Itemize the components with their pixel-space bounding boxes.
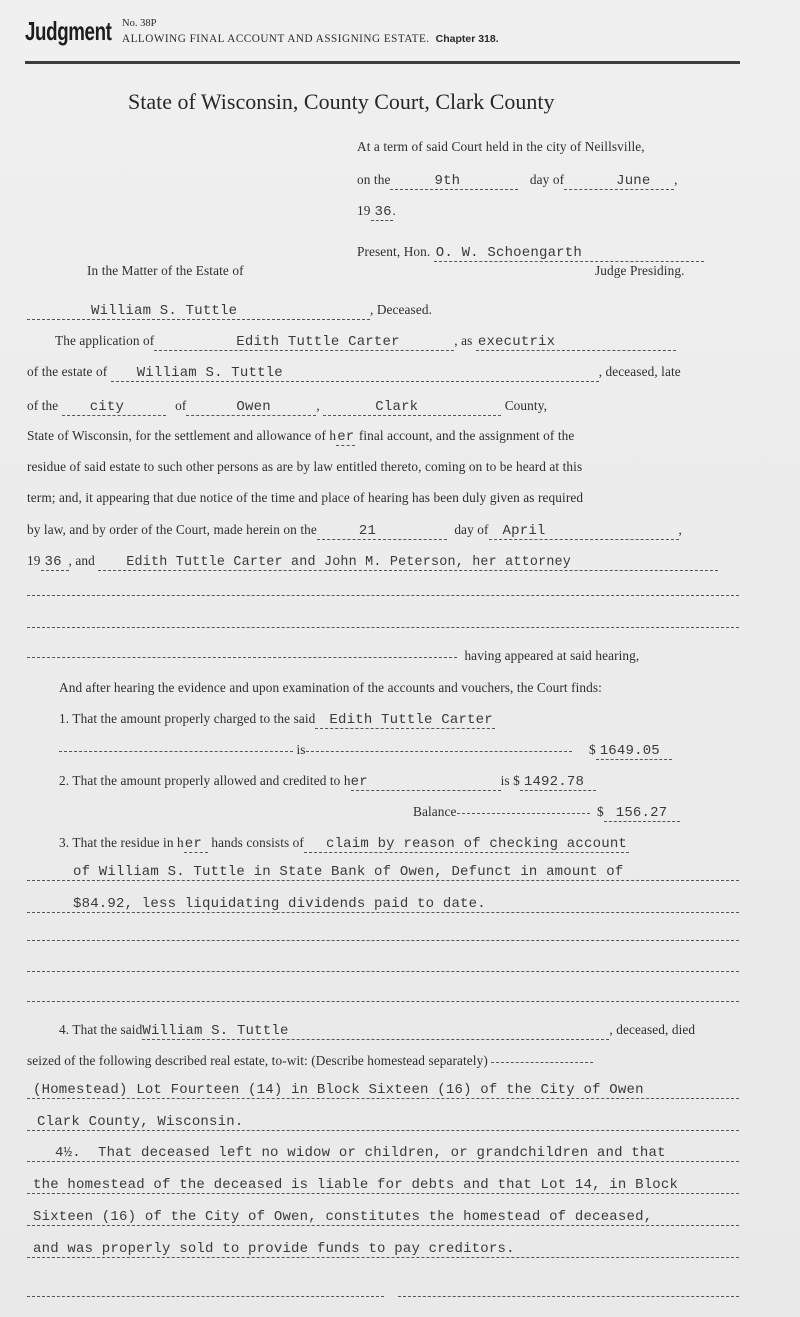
- role-field: executrix: [476, 335, 676, 351]
- text-segment: 1. That the amount properly charged to t…: [59, 711, 315, 726]
- session-line-1: At a term of said Court held in the city…: [357, 139, 645, 155]
- balance-label: Balance: [413, 804, 457, 819]
- blank-line: [27, 656, 457, 658]
- text-segment: by law, and by order of the Court, made …: [27, 522, 317, 537]
- day-of-label: day of: [530, 172, 564, 187]
- deceased-name-field: William S. Tuttle: [27, 304, 370, 320]
- finding-4-line-2: seized of the following described real e…: [27, 1053, 593, 1069]
- order-day-field: 21: [317, 524, 447, 540]
- and-label: , and: [69, 553, 95, 568]
- dollar-sign: $: [597, 804, 604, 819]
- credited-amount-field: 1492.78: [520, 775, 596, 791]
- as-label: , as: [454, 333, 472, 348]
- session-year-line: 1936.: [357, 203, 396, 221]
- order-year-field: 36: [41, 555, 69, 571]
- text-segment: , deceased, died: [609, 1022, 695, 1037]
- text-segment: final account, and the assignment of the: [359, 428, 575, 443]
- real-estate-field-line-1: (Homestead) Lot Fourteen (14) in Block S…: [27, 1083, 739, 1099]
- balance-line: Balance $156.27: [413, 804, 680, 822]
- judge-field: O. W. Schoengarth: [434, 246, 704, 262]
- form-number: No. 38P: [122, 18, 156, 29]
- blank-line: [27, 1001, 739, 1002]
- residue-field-line-2: of William S. Tuttle in State Bank of Ow…: [27, 865, 739, 881]
- finding-1-line: 1. That the amount properly charged to t…: [59, 711, 495, 729]
- location-line: of the city ofOwen, Clark County,: [27, 398, 547, 416]
- matter-label: In the Matter of the Estate of: [87, 263, 244, 279]
- finding-4-5-line-4: and was properly sold to provide funds t…: [27, 1239, 739, 1258]
- session-month-field: June: [564, 174, 674, 190]
- dollar-sign: $: [513, 773, 520, 788]
- court-title: State of Wisconsin, County Court, Clark …: [128, 89, 554, 115]
- session-date-line: on the9th day ofJune,: [357, 172, 678, 190]
- residue-field-line-1: claim by reason of checking account: [304, 837, 629, 853]
- municipality-field: Owen: [186, 400, 316, 416]
- real-estate-line-2: Clark County, Wisconsin.: [27, 1112, 739, 1131]
- text-segment: 4. That the said: [59, 1022, 142, 1037]
- pronoun-field: er: [336, 430, 355, 446]
- judge-presiding-label: Judge Presiding.: [595, 263, 685, 279]
- of-label: of: [175, 398, 186, 413]
- finding-4-line: 4. That the saidWilliam S. Tuttle, decea…: [59, 1022, 695, 1040]
- form-caption-text: ALLOWING FINAL ACCOUNT AND ASSIGNING EST…: [122, 33, 430, 45]
- finding-4-5-field-line-4: and was properly sold to provide funds t…: [27, 1242, 739, 1258]
- present-line: Present, Hon. O. W. Schoengarth: [357, 244, 704, 262]
- application-text-b: residue of said estate to such other per…: [27, 459, 582, 475]
- blank-line: [398, 1296, 739, 1297]
- text-segment: hands consists of: [211, 835, 304, 850]
- finding-1-amount-line: is $1649.05: [59, 742, 672, 760]
- blank-line: [27, 971, 739, 972]
- residue-line-2: of William S. Tuttle in State Bank of Ow…: [27, 862, 739, 881]
- appeared-label: having appeared at said hearing,: [464, 648, 639, 663]
- residue-line-3: $84.92, less liquidating dividends paid …: [27, 894, 739, 913]
- blank-line: [59, 750, 293, 752]
- finding-4-5-field-line-2: the homestead of the deceased is liable …: [27, 1178, 739, 1194]
- credited-pronoun-field: er: [351, 775, 501, 791]
- order-date-line: by law, and by order of the Court, made …: [27, 522, 682, 540]
- finding-4-5-field-line-1: 4½. That deceased left no widow or child…: [27, 1146, 739, 1162]
- on-the-label: on the: [357, 172, 390, 187]
- session-year-field: 36: [371, 205, 393, 221]
- county-field: Clark: [323, 400, 501, 416]
- residue-pronoun-field: er: [184, 837, 208, 853]
- blank-line: [457, 812, 590, 814]
- finding-4-name-field: William S. Tuttle: [142, 1024, 609, 1040]
- real-estate-field-line-2: Clark County, Wisconsin.: [27, 1115, 739, 1131]
- text-segment: State of Wisconsin, for the settlement a…: [27, 428, 336, 443]
- appeared-line: 1936, and Edith Tuttle Carter and John M…: [27, 553, 718, 571]
- balance-amount-field: 156.27: [604, 806, 680, 822]
- blank-line: [491, 1061, 593, 1063]
- municipality-type-field: city: [62, 400, 166, 416]
- header-rule: [25, 61, 740, 64]
- text-segment: seized of the following described real e…: [27, 1053, 488, 1068]
- finding-2-line: 2. That the amount properly allowed and …: [59, 773, 596, 791]
- application-text-c: term; and, it appearing that due notice …: [27, 490, 583, 506]
- appeared-parties-field: Edith Tuttle Carter and John M. Peterson…: [98, 555, 718, 571]
- is-label: is: [501, 773, 510, 788]
- finding-3-line: 3. That the residue in her hands consist…: [59, 835, 629, 853]
- findings-intro: And after hearing the evidence and upon …: [59, 680, 602, 696]
- text-segment: 3. That the residue in h: [59, 835, 184, 850]
- estate-name-field: William S. Tuttle: [111, 366, 599, 382]
- year-prefix: 19: [27, 553, 41, 568]
- blank-line: [27, 627, 739, 628]
- blank-line: [306, 750, 572, 752]
- text-segment: 2. That the amount properly allowed and …: [59, 773, 351, 788]
- form-caption: ALLOWING FINAL ACCOUNT AND ASSIGNING EST…: [122, 33, 499, 45]
- deceased-label: , Deceased.: [370, 302, 432, 317]
- county-label: County,: [505, 398, 547, 413]
- appeared-line-end: having appeared at said hearing,: [27, 648, 639, 664]
- application-of-label: The application of: [55, 333, 154, 348]
- of-the-label: of the: [27, 398, 58, 413]
- is-label: is: [296, 742, 305, 757]
- estate-of-label: of the estate of: [27, 364, 107, 379]
- deceased-late-label: , deceased, late: [599, 364, 681, 379]
- finding-4-5-line-3: Sixteen (16) of the City of Owen, consti…: [27, 1207, 739, 1226]
- form-title: Judgment: [25, 16, 112, 47]
- session-day-field: 9th: [390, 174, 518, 190]
- chapter-label: Chapter 318.: [436, 33, 499, 45]
- finding-text: That deceased left no widow or children,…: [98, 1145, 666, 1161]
- blank-line: [27, 1296, 384, 1297]
- estate-of-line: of the estate of William S. Tuttle, dece…: [27, 364, 681, 382]
- year-prefix: 19: [357, 203, 371, 218]
- document-page: Judgment No. 38P ALLOWING FINAL ACCOUNT …: [0, 0, 800, 1317]
- deceased-line: William S. Tuttle, Deceased.: [27, 302, 432, 320]
- charged-amount-field: 1649.05: [596, 744, 672, 760]
- real-estate-line-1: (Homestead) Lot Fourteen (14) in Block S…: [27, 1080, 739, 1099]
- residue-field-line-3: $84.92, less liquidating dividends paid …: [27, 897, 739, 913]
- charged-name-field: Edith Tuttle Carter: [315, 713, 494, 729]
- application-text-a: State of Wisconsin, for the settlement a…: [27, 428, 574, 446]
- application-line: The application ofEdith Tuttle Carter, a…: [55, 333, 676, 351]
- finding-number: 4½.: [55, 1145, 81, 1161]
- finding-4-5-line-2: the homestead of the deceased is liable …: [27, 1175, 739, 1194]
- blank-line: [27, 595, 739, 596]
- present-label: Present, Hon.: [357, 244, 430, 259]
- applicant-field: Edith Tuttle Carter: [154, 335, 454, 351]
- dollar-sign: $: [589, 742, 596, 757]
- day-of-label: day of: [454, 522, 488, 537]
- finding-4-5-field-line-3: Sixteen (16) of the City of Owen, consti…: [27, 1210, 739, 1226]
- blank-line: [27, 940, 739, 941]
- order-month-field: April: [489, 524, 679, 540]
- finding-4-5-line-1: 4½. That deceased left no widow or child…: [27, 1143, 739, 1162]
